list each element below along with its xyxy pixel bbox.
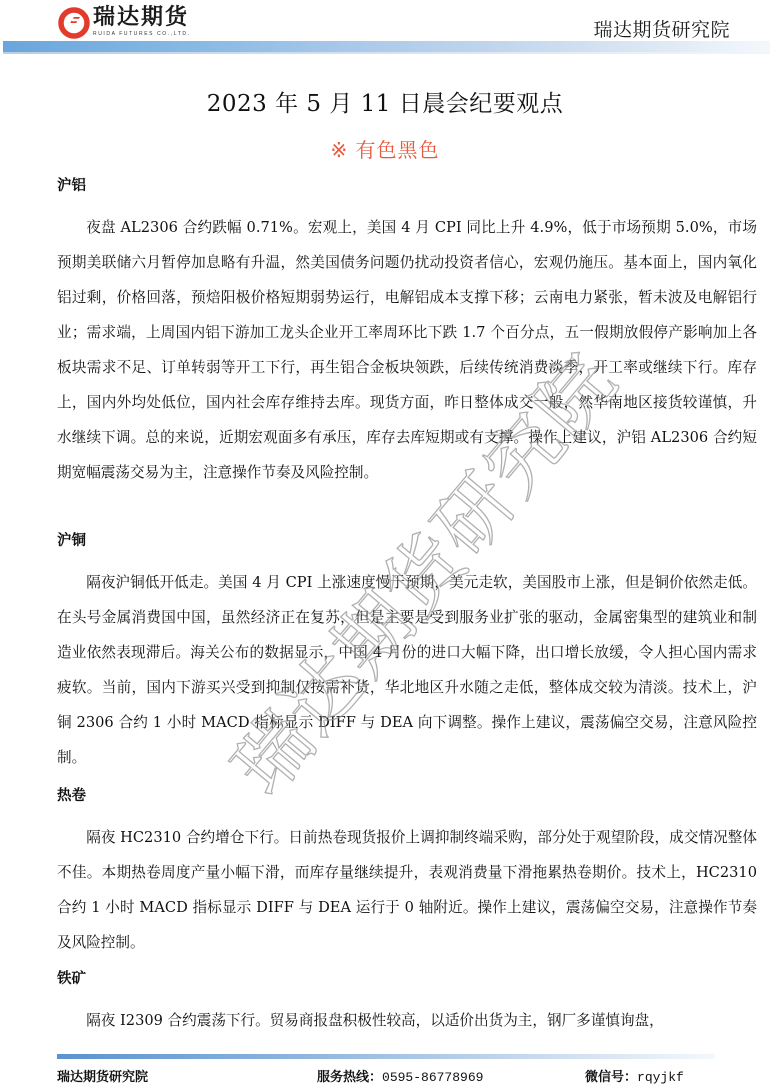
footer-org-name: 瑞达期货研究院 [57, 1066, 148, 1085]
section-heading: 铁矿 [57, 968, 757, 990]
document-title: 2023 年 5 月 11 日晨会纪要观点 [0, 88, 770, 120]
section-iron-ore: 铁矿 隔夜 I2309 合约震荡下行。贸易商报盘积极性较高，以适价出货为主，钢厂… [57, 968, 757, 1038]
header-gradient-band [3, 41, 770, 52]
section-body: 夜盘 AL2306 合约跌幅 0.71%。宏观上，美国 4 月 CPI 同比上升… [57, 210, 757, 490]
company-logo: 瑞达期货 RUIDA FUTURES CO.,LTD. [58, 4, 191, 44]
footer-gradient-band [57, 1054, 715, 1059]
document-subtitle: ※ 有色黑色 [0, 135, 770, 165]
wechat-id: rqyjkf [637, 1070, 684, 1085]
section-heading: 沪铝 [57, 175, 757, 197]
ruida-logo-icon [58, 7, 90, 39]
section-heading: 沪铜 [57, 530, 757, 552]
section-heading: 热卷 [57, 785, 757, 807]
logo-english-name: RUIDA FUTURES CO.,LTD. [93, 31, 191, 38]
header-institute-name: 瑞达期货研究院 [593, 15, 730, 42]
logo-chinese-name: 瑞达期货 [93, 4, 191, 32]
section-hot-rolled-coil: 热卷 隔夜 HC2310 合约增仓下行。日前热卷现货报价上调抑制终端采购，部分处… [57, 785, 757, 960]
page-footer: 瑞达期货研究院 服务热线：0595-86778969 微信号：rqyjkf [57, 1066, 717, 1086]
section-copper: 沪铜 隔夜沪铜低开低走。美国 4 月 CPI 上涨速度慢于预期，美元走软，美国股… [57, 530, 757, 775]
section-body: 隔夜沪铜低开低走。美国 4 月 CPI 上涨速度慢于预期，美元走软，美国股市上涨… [57, 565, 757, 775]
page-header: 瑞达期货 RUIDA FUTURES CO.,LTD. 瑞达期货研究院 [0, 0, 770, 62]
hotline-number: 0595-86778969 [382, 1070, 483, 1085]
section-body: 隔夜 I2309 合约震荡下行。贸易商报盘积极性较高，以适价出货为主，钢厂多谨慎… [57, 1003, 757, 1038]
section-aluminum: 沪铝 夜盘 AL2306 合约跌幅 0.71%。宏观上，美国 4 月 CPI 同… [57, 175, 757, 490]
header-divider [3, 52, 770, 54]
section-body: 隔夜 HC2310 合约增仓下行。日前热卷现货报价上调抑制终端采购，部分处于观望… [57, 820, 757, 960]
hotline-label: 服务热线： [317, 1070, 382, 1085]
wechat-label: 微信号： [585, 1070, 637, 1085]
footer-wechat: 微信号：rqyjkf [585, 1066, 684, 1085]
footer-hotline: 服务热线：0595-86778969 [317, 1066, 483, 1085]
